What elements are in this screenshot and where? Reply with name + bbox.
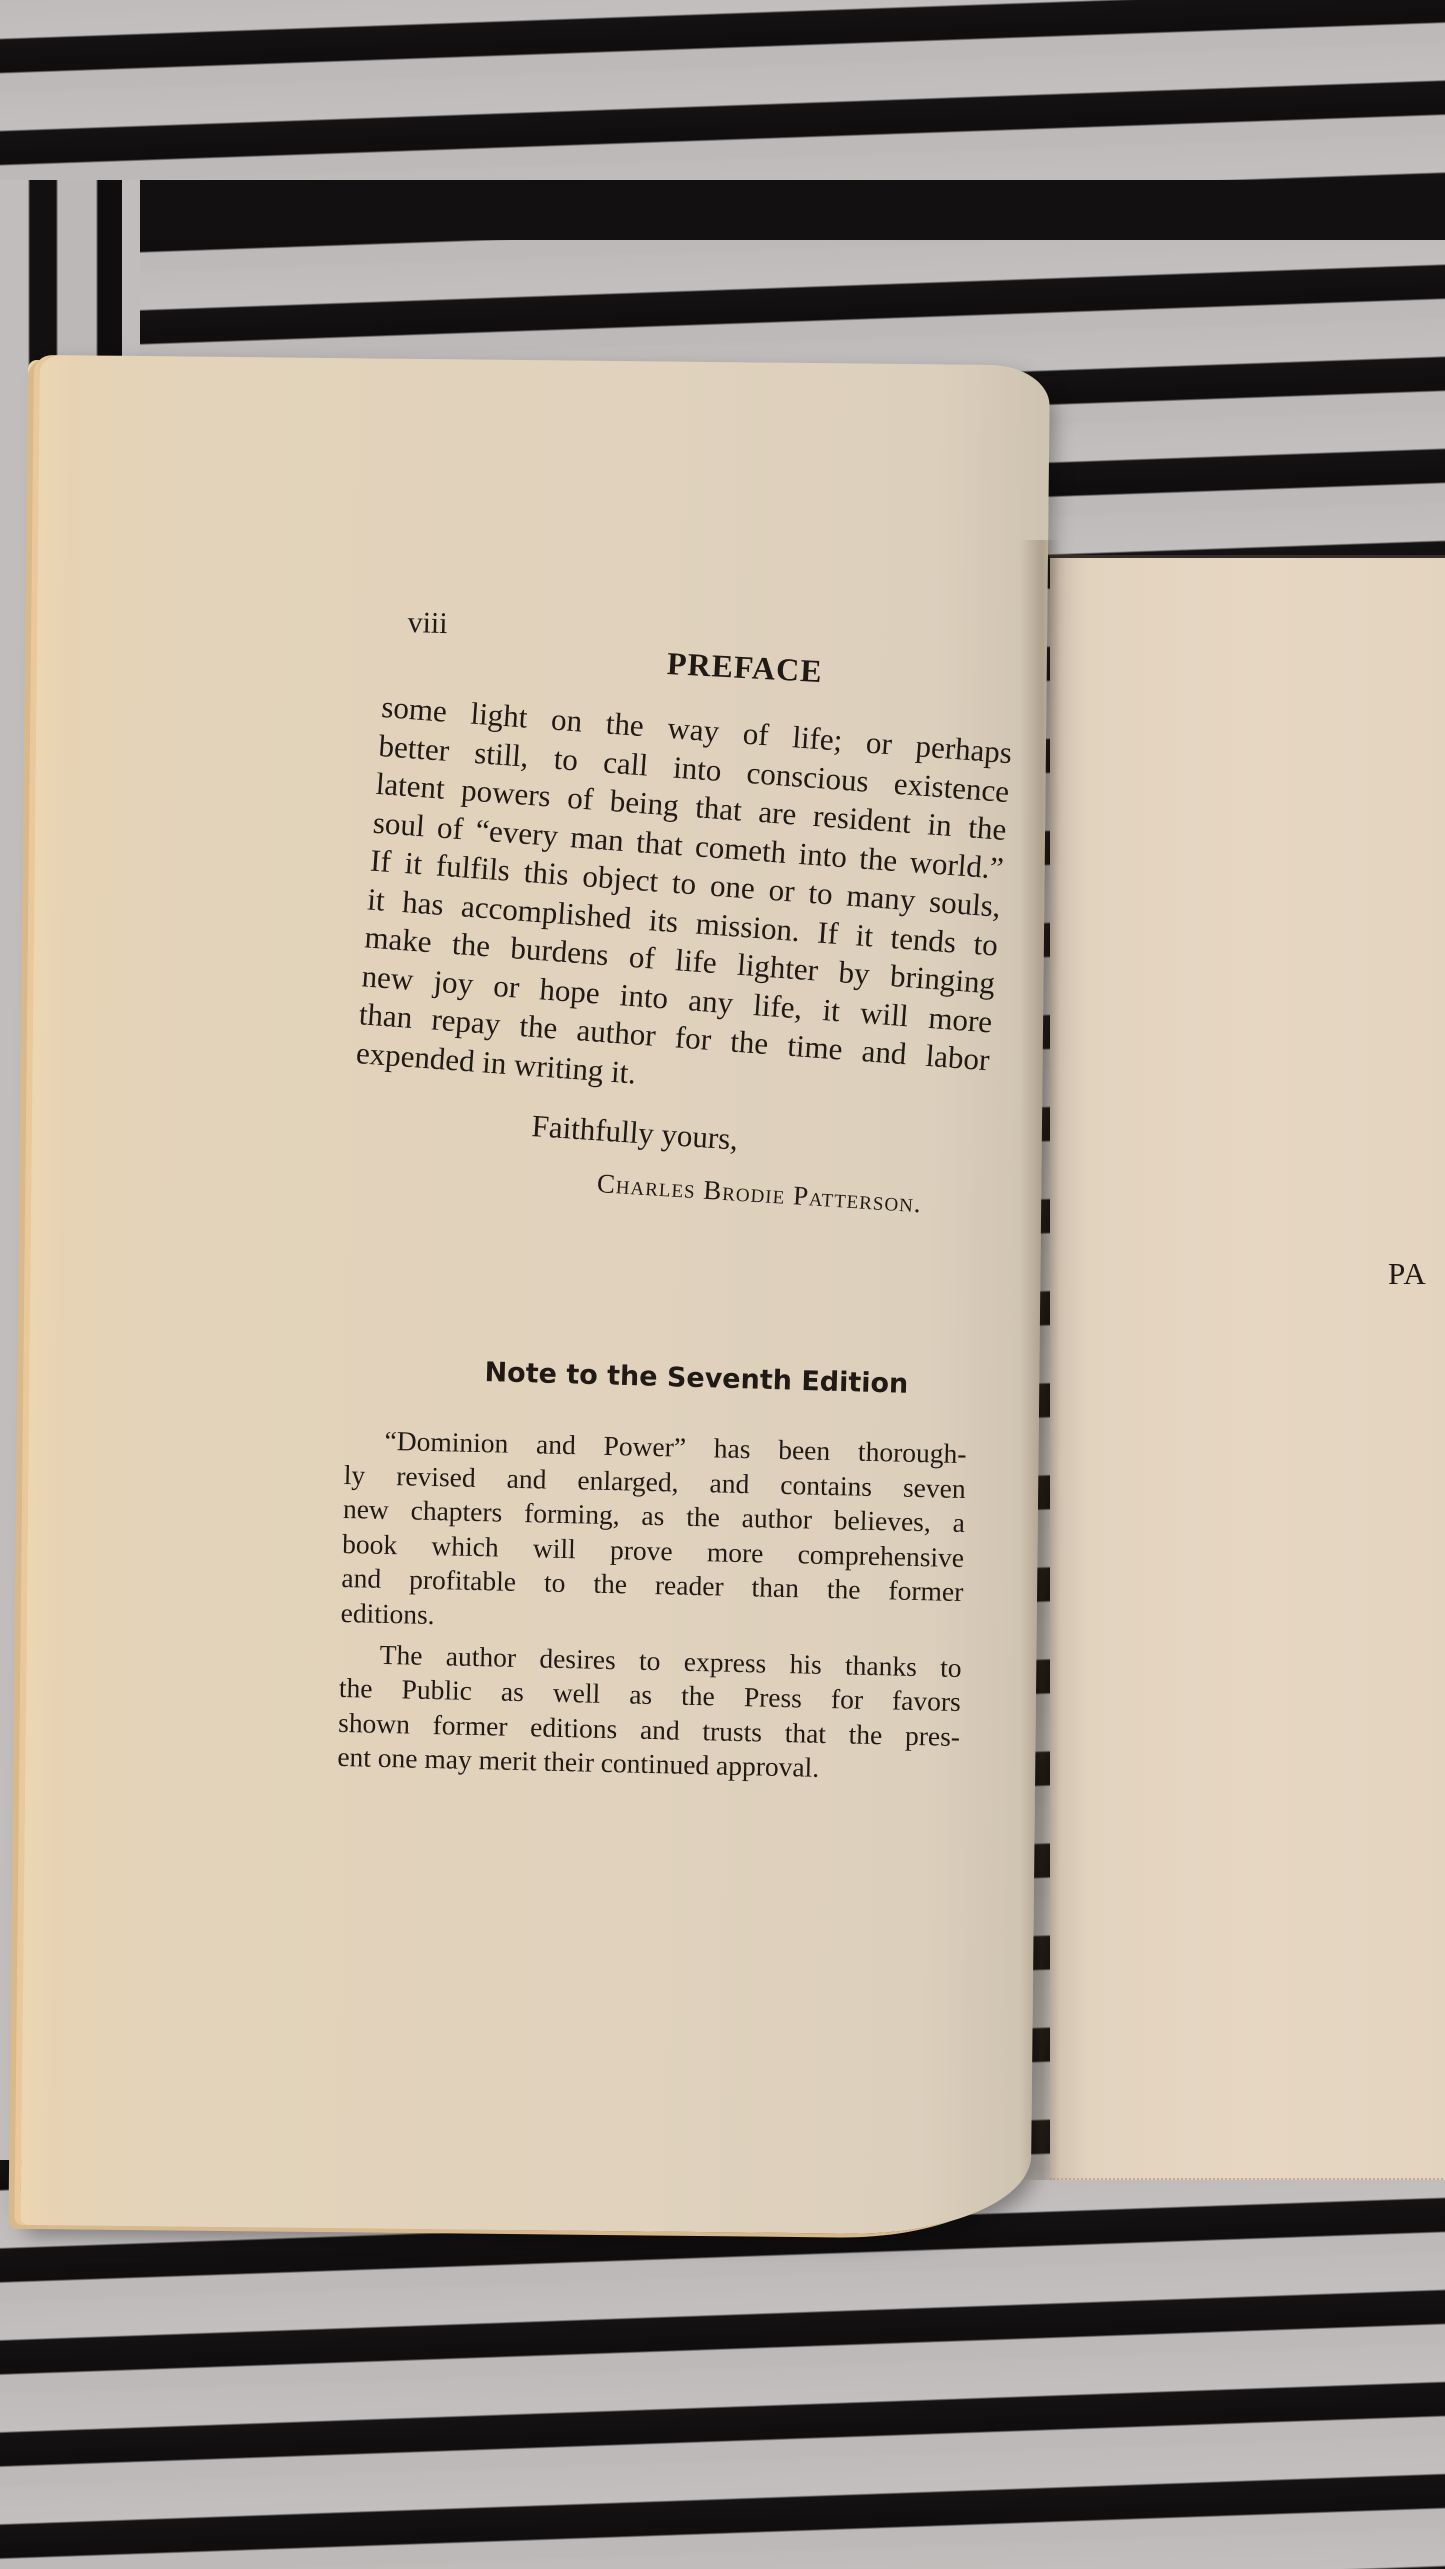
right-page xyxy=(1050,555,1445,2180)
left-page xyxy=(20,355,1050,2235)
open-book: PA viii PREFACE some light on the way of… xyxy=(0,0,1445,2569)
preface-paragraph: some light on the way of life; or perhap… xyxy=(355,688,1013,1118)
page-number: viii xyxy=(407,606,448,641)
right-page-partial-heading: PA xyxy=(1388,1256,1427,1292)
book-gutter xyxy=(1020,540,1060,2180)
note-body: “Dominion and Power” has been thorough- … xyxy=(337,1423,967,1789)
